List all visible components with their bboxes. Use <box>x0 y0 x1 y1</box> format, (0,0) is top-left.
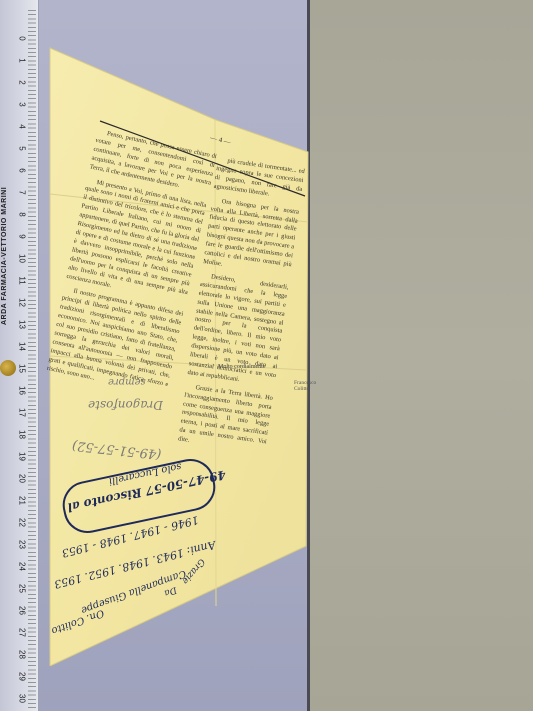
ruler-number: 11 <box>18 273 27 289</box>
ruler-number: 23 <box>18 537 27 553</box>
ruler-number: 24 <box>18 559 27 575</box>
ruler-number: 26 <box>18 603 27 619</box>
ruler-number: 29 <box>18 669 27 685</box>
printed-letter: — 4 — Penso, pertanto, che possa essere … <box>48 46 310 666</box>
paragraph: Mi presento a Voi, primo di una lista, n… <box>65 176 207 306</box>
ruler-number: 0 <box>18 31 27 47</box>
ruler-number: 9 <box>18 229 27 245</box>
paragraph: Grazie a la Terra libertà. Ho l'incoragg… <box>177 383 273 457</box>
ruler-number: 2 <box>18 75 27 91</box>
ruler-number: 27 <box>18 625 27 641</box>
ruler-number: 8 <box>18 207 27 223</box>
ruler-number: 6 <box>18 163 27 179</box>
background-right-wall <box>310 0 533 711</box>
ruler-number: 4 <box>18 119 27 135</box>
ruler-number: 18 <box>18 427 27 443</box>
ruler-number: 16 <box>18 383 27 399</box>
ruler-number: 10 <box>18 251 27 267</box>
ruler-number: 12 <box>18 295 27 311</box>
ruler-number: 17 <box>18 405 27 421</box>
measuring-ruler: ARDA FARMACIA-VETTORIO MARINI 0 1 2 3 4 … <box>0 0 39 711</box>
ruler-number: 15 <box>18 361 27 377</box>
ruler-number: 1 <box>18 53 27 69</box>
pencil-note-name: Dragonfoste <box>88 398 163 412</box>
paragraph: Desidero, desiderarli, assicurandomi che… <box>187 272 289 390</box>
pencil-note-sempre: sempre <box>108 376 146 387</box>
ruler-number: 20 <box>18 471 27 487</box>
ruler-number: 22 <box>18 515 27 531</box>
ruler-number: 14 <box>18 339 27 355</box>
ruler-number: 25 <box>18 581 27 597</box>
ruler-brand-text: ARDA FARMACIA-VETTORIO MARINI <box>1 55 13 325</box>
ruler-number: 21 <box>18 493 27 509</box>
closing-salutation: Molto cordialmente <box>218 364 266 370</box>
ruler-number: 5 <box>18 141 27 157</box>
ruler-number: 30 <box>18 691 27 707</box>
ruler-number: 7 <box>18 185 27 201</box>
ruler-number: 19 <box>18 449 27 465</box>
ruler-ticks <box>28 10 36 710</box>
ruler-number: 28 <box>18 647 27 663</box>
ruler-number: 3 <box>18 97 27 113</box>
brass-pin <box>0 360 16 376</box>
ruler-number: 13 <box>18 317 27 333</box>
paragraph: Ora bisogna per la nostra volta alla Lib… <box>202 196 299 279</box>
signature: Francesco Colitto <box>294 380 316 392</box>
